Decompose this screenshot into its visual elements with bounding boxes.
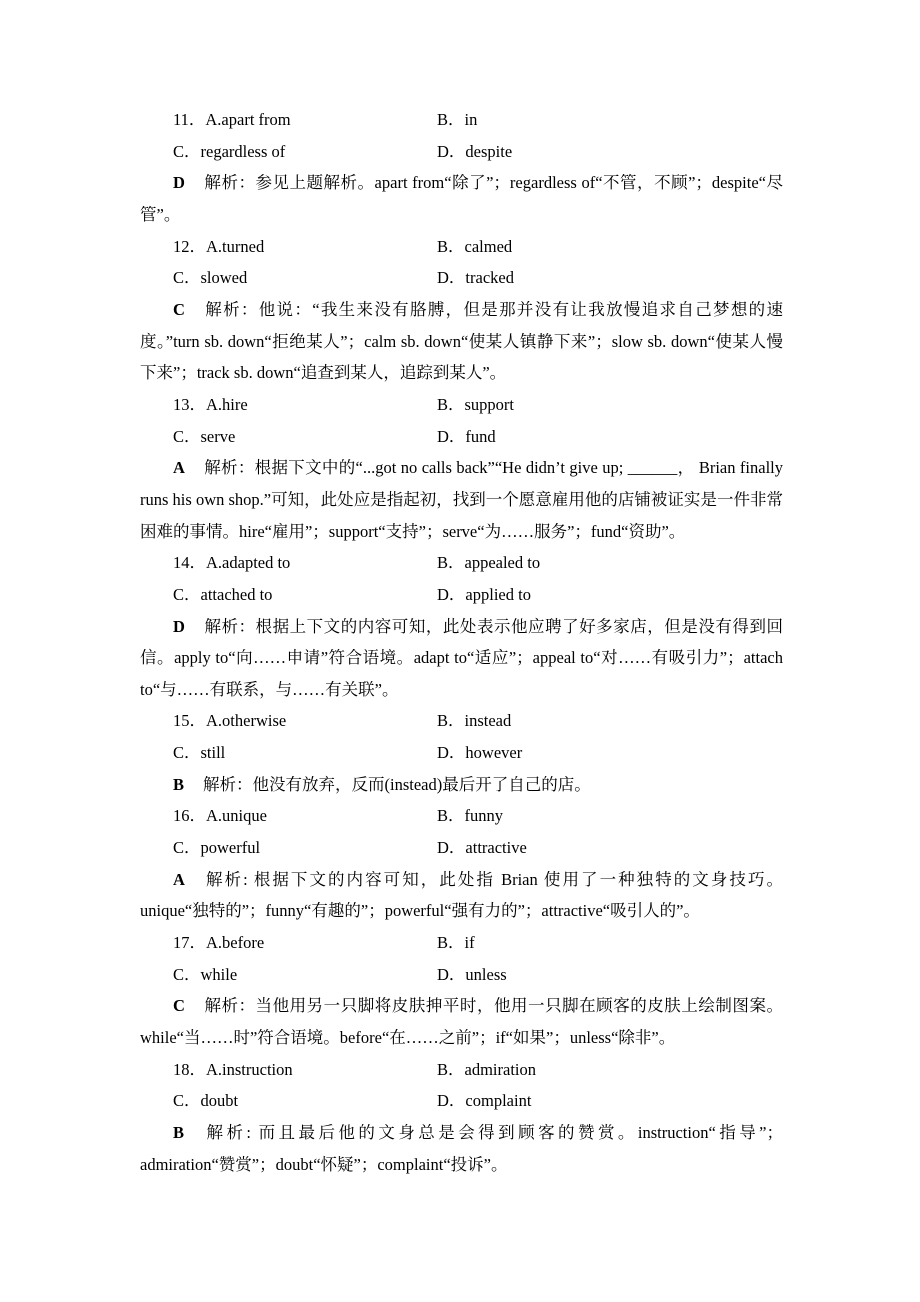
options-row: 17．A.beforeB．if	[140, 927, 783, 959]
question-block: 16．A.uniqueB．funnyC．powerfulD．attractive…	[140, 800, 783, 927]
explanation-text: 解析：当他用另一只脚将皮肤抻平时，他用一只脚在顾客的皮肤上绘制图案。while“…	[140, 996, 783, 1047]
option-cell-left: 17．A.before	[140, 927, 437, 959]
options-row: C．attached toD．applied to	[140, 579, 783, 611]
option-cell-right: B．appealed to	[437, 547, 783, 579]
option-cell-left: C．still	[140, 737, 437, 769]
option-cell-right: D．unless	[437, 959, 783, 991]
option-cell-right: B．admiration	[437, 1054, 783, 1086]
option-cell-left: 16．A.unique	[140, 800, 437, 832]
options-row: C．regardless ofD．despite	[140, 136, 783, 168]
answer-letter: D	[173, 617, 185, 636]
explanation-paragraph: B解析: 而且最后他的文身总是会得到顾客的赞赏。instruction“指导”；…	[140, 1117, 783, 1180]
options-row: C．slowedD．tracked	[140, 262, 783, 294]
options-row: 18．A.instructionB．admiration	[140, 1054, 783, 1086]
option-cell-right: B．if	[437, 927, 783, 959]
options-row: C．powerfulD．attractive	[140, 832, 783, 864]
answer-letter: A	[173, 870, 185, 889]
option-cell-left: 12．A.turned	[140, 231, 437, 263]
explanation-paragraph: C解析：他说：“我生来没有胳膊，但是那并没有让我放慢追求自己梦想的速度。”tur…	[140, 294, 783, 389]
explanation-text: 解析：根据下文中的“...got no calls back”“He didn’…	[140, 458, 783, 540]
answer-letter: B	[173, 1123, 184, 1142]
answer-letter: B	[173, 775, 184, 794]
option-cell-left: 13．A.hire	[140, 389, 437, 421]
options-row: C．stillD．however	[140, 737, 783, 769]
explanation-text: 解析: 根据下文的内容可知，此处指 Brian 使用了一种独特的文身技巧。uni…	[140, 870, 783, 921]
explanation-paragraph: A解析：根据下文中的“...got no calls back”“He didn…	[140, 452, 783, 547]
options-row: 12．A.turnedB．calmed	[140, 231, 783, 263]
option-cell-right: B．support	[437, 389, 783, 421]
option-cell-left: C．doubt	[140, 1085, 437, 1117]
options-row: 15．A.otherwiseB．instead	[140, 705, 783, 737]
option-cell-right: B．calmed	[437, 231, 783, 263]
options-row: 14．A.adapted toB．appealed to	[140, 547, 783, 579]
options-row: 13．A.hireB．support	[140, 389, 783, 421]
question-block: 13．A.hireB．supportC．serveD．fundA解析：根据下文中…	[140, 389, 783, 547]
options-row: 11．A.apart fromB．in	[140, 104, 783, 136]
option-cell-right: D．tracked	[437, 262, 783, 294]
option-cell-right: D．however	[437, 737, 783, 769]
options-row: 16．A.uniqueB．funny	[140, 800, 783, 832]
explanation-paragraph: D解析：根据上下文的内容可知，此处表示他应聘了好多家店，但是没有得到回信。app…	[140, 611, 783, 706]
question-block: 15．A.otherwiseB．insteadC．stillD．howeverB…	[140, 705, 783, 800]
explanation-text: 解析：他说：“我生来没有胳膊，但是那并没有让我放慢追求自己梦想的速度。”turn…	[140, 300, 783, 382]
explanation-paragraph: C解析：当他用另一只脚将皮肤抻平时，他用一只脚在顾客的皮肤上绘制图案。while…	[140, 990, 783, 1053]
answer-letter: C	[173, 996, 185, 1015]
option-cell-right: D．applied to	[437, 579, 783, 611]
options-row: C．doubtD．complaint	[140, 1085, 783, 1117]
explanation-text: 解析：他没有放弃，反而(instead)最后开了自己的店。	[203, 775, 591, 794]
answer-letter: D	[173, 173, 185, 192]
explanation-text: 解析：根据上下文的内容可知，此处表示他应聘了好多家店，但是没有得到回信。appl…	[140, 617, 783, 699]
question-block: 18．A.instructionB．admirationC．doubtD．com…	[140, 1054, 783, 1181]
option-cell-right: B．instead	[437, 705, 783, 737]
option-cell-left: C．regardless of	[140, 136, 437, 168]
question-block: 14．A.adapted toB．appealed toC．attached t…	[140, 547, 783, 705]
option-cell-left: 14．A.adapted to	[140, 547, 437, 579]
option-cell-left: 11．A.apart from	[140, 104, 437, 136]
option-cell-right: D．attractive	[437, 832, 783, 864]
option-cell-left: C．powerful	[140, 832, 437, 864]
option-cell-left: 18．A.instruction	[140, 1054, 437, 1086]
options-row: C．whileD．unless	[140, 959, 783, 991]
option-cell-left: 15．A.otherwise	[140, 705, 437, 737]
option-cell-left: C．attached to	[140, 579, 437, 611]
answer-letter: C	[173, 300, 185, 319]
option-cell-left: C．while	[140, 959, 437, 991]
option-cell-right: D．despite	[437, 136, 783, 168]
question-block: 17．A.beforeB．ifC．whileD．unlessC解析：当他用另一只…	[140, 927, 783, 1054]
option-cell-right: B．in	[437, 104, 783, 136]
options-row: C．serveD．fund	[140, 421, 783, 453]
answer-letter: A	[173, 458, 185, 477]
explanation-paragraph: D解析：参见上题解析。apart from“除了”；regardless of“…	[140, 167, 783, 230]
explanation-text: 解析: 而且最后他的文身总是会得到顾客的赞赏。instruction“指导”；a…	[140, 1123, 783, 1174]
question-block: 12．A.turnedB．calmedC．slowedD．trackedC解析：…	[140, 231, 783, 389]
explanation-paragraph: B解析：他没有放弃，反而(instead)最后开了自己的店。	[140, 769, 783, 801]
explanation-paragraph: A解析: 根据下文的内容可知，此处指 Brian 使用了一种独特的文身技巧。un…	[140, 864, 783, 927]
option-cell-left: C．serve	[140, 421, 437, 453]
answer-key-content: 11．A.apart fromB．inC．regardless ofD．desp…	[140, 104, 783, 1180]
option-cell-right: D．complaint	[437, 1085, 783, 1117]
option-cell-right: D．fund	[437, 421, 783, 453]
explanation-text: 解析：参见上题解析。apart from“除了”；regardless of“不…	[140, 173, 783, 224]
question-block: 11．A.apart fromB．inC．regardless ofD．desp…	[140, 104, 783, 231]
option-cell-right: B．funny	[437, 800, 783, 832]
option-cell-left: C．slowed	[140, 262, 437, 294]
